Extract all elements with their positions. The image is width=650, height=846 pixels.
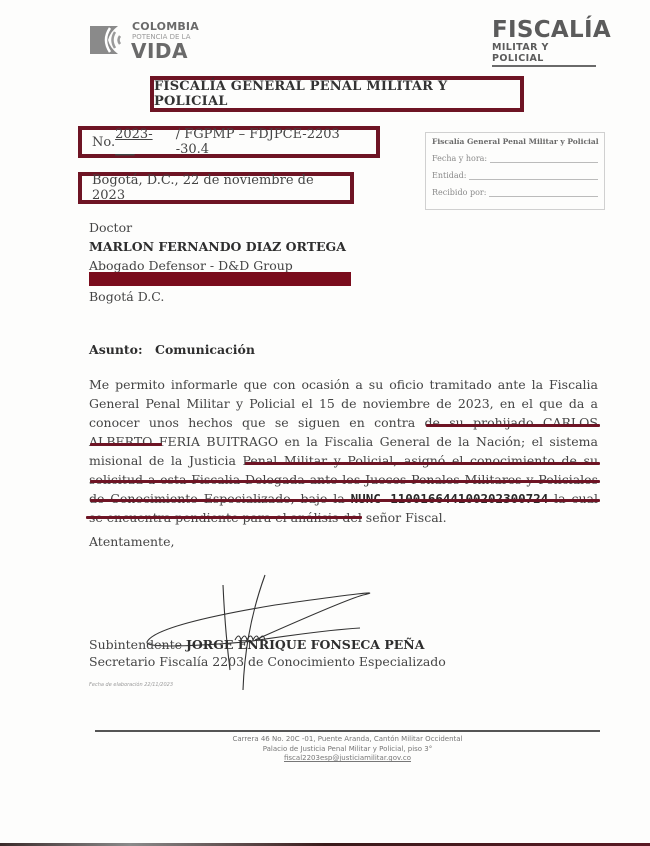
footer-address: Carrera 46 No. 20C -01, Puente Aranda, C… (95, 735, 600, 764)
reference-prefix: No. (92, 135, 115, 150)
signer-line: Subintendente JORGE ENRIQUE FONSECA PEÑA (89, 637, 424, 652)
body-paragraph: Me permito informarle que con ocasión a … (89, 375, 598, 527)
date-box: Bogotá, D.C., 22 de noviembre de 2023 (78, 172, 354, 204)
footer-email-link[interactable]: fiscal2203esp@justiciamilitar.gov.co (95, 754, 600, 764)
stamp-field-entidad: Entidad: (432, 171, 598, 180)
signer-rank: Subintendente (89, 637, 182, 652)
reference-number: 2023-___ (115, 127, 172, 157)
highlight-underline (245, 462, 600, 465)
recipient-name: MARLON FERNANDO DIAZ ORTEGA (89, 237, 346, 256)
subject-label: Asunto: (89, 342, 143, 357)
stamp-heading: Fiscalía General Penal Militar y Policia… (432, 137, 598, 146)
highlight-underline (426, 424, 600, 427)
handwritten-signature (95, 570, 435, 695)
footer-address-line1: Carrera 46 No. 20C -01, Puente Aranda, C… (95, 735, 600, 745)
recipient-city: Bogotá D.C. (89, 289, 164, 304)
highlight-underline (90, 480, 600, 483)
colombia-potencia-de-la-vida-logo: COLOMBIA POTENCIA DE LA VIDA (88, 20, 203, 62)
recipient-salutation: Doctor (89, 218, 346, 237)
elaboration-date: Fecha de elaboración 22/11/2023 (89, 682, 173, 688)
logo-militar-policial-text: MILITAR Y POLICIAL (492, 42, 596, 67)
recipient-block: Doctor MARLON FERNANDO DIAZ ORTEGA Aboga… (89, 218, 346, 275)
signer-name: JORGE ENRIQUE FONSECA PEÑA (186, 637, 424, 652)
stamp-field-fecha: Fecha y hora: (432, 154, 598, 163)
subject-value: Comunicación (155, 342, 255, 357)
closing: Atentamente, (89, 534, 174, 549)
reference-suffix: / FGPMP – FDJPCE-2203 -30.4 (176, 127, 376, 157)
document-title-box: FISCALÍA GENERAL PENAL MILITAR Y POLICIA… (150, 76, 524, 112)
logo-vida-text: VIDA (131, 39, 188, 63)
stamp-field-recibido: Recibido por: (432, 188, 598, 197)
reception-stamp: Fiscalía General Penal Militar y Policia… (425, 132, 605, 210)
highlight-underline (90, 499, 600, 502)
document-title: FISCALÍA GENERAL PENAL MILITAR Y POLICIA… (154, 79, 520, 109)
footer-address-line2: Palacio de Justicia Penal Militar y Poli… (95, 745, 600, 755)
footer-divider (95, 730, 600, 732)
colombia-waves-logo-icon (88, 22, 126, 58)
highlight-underline (90, 443, 162, 446)
reference-number-box: No. 2023-___ / FGPMP – FDJPCE-2203 -30.4 (78, 126, 380, 158)
highlight-underline (86, 516, 362, 519)
logo-colombia-text: COLOMBIA (132, 20, 199, 33)
logo-fiscalia-text: FISCALÍA (492, 18, 602, 42)
signer-position: Secretario Fiscalía 2203 de Conocimiento… (89, 654, 446, 669)
date-line: Bogotá, D.C., 22 de noviembre de 2023 (92, 173, 350, 203)
subject-line: Asunto: Comunicación (89, 342, 255, 357)
redaction-bar (89, 272, 351, 286)
fiscalia-militar-logo: FISCALÍA MILITAR Y POLICIAL (492, 18, 602, 67)
